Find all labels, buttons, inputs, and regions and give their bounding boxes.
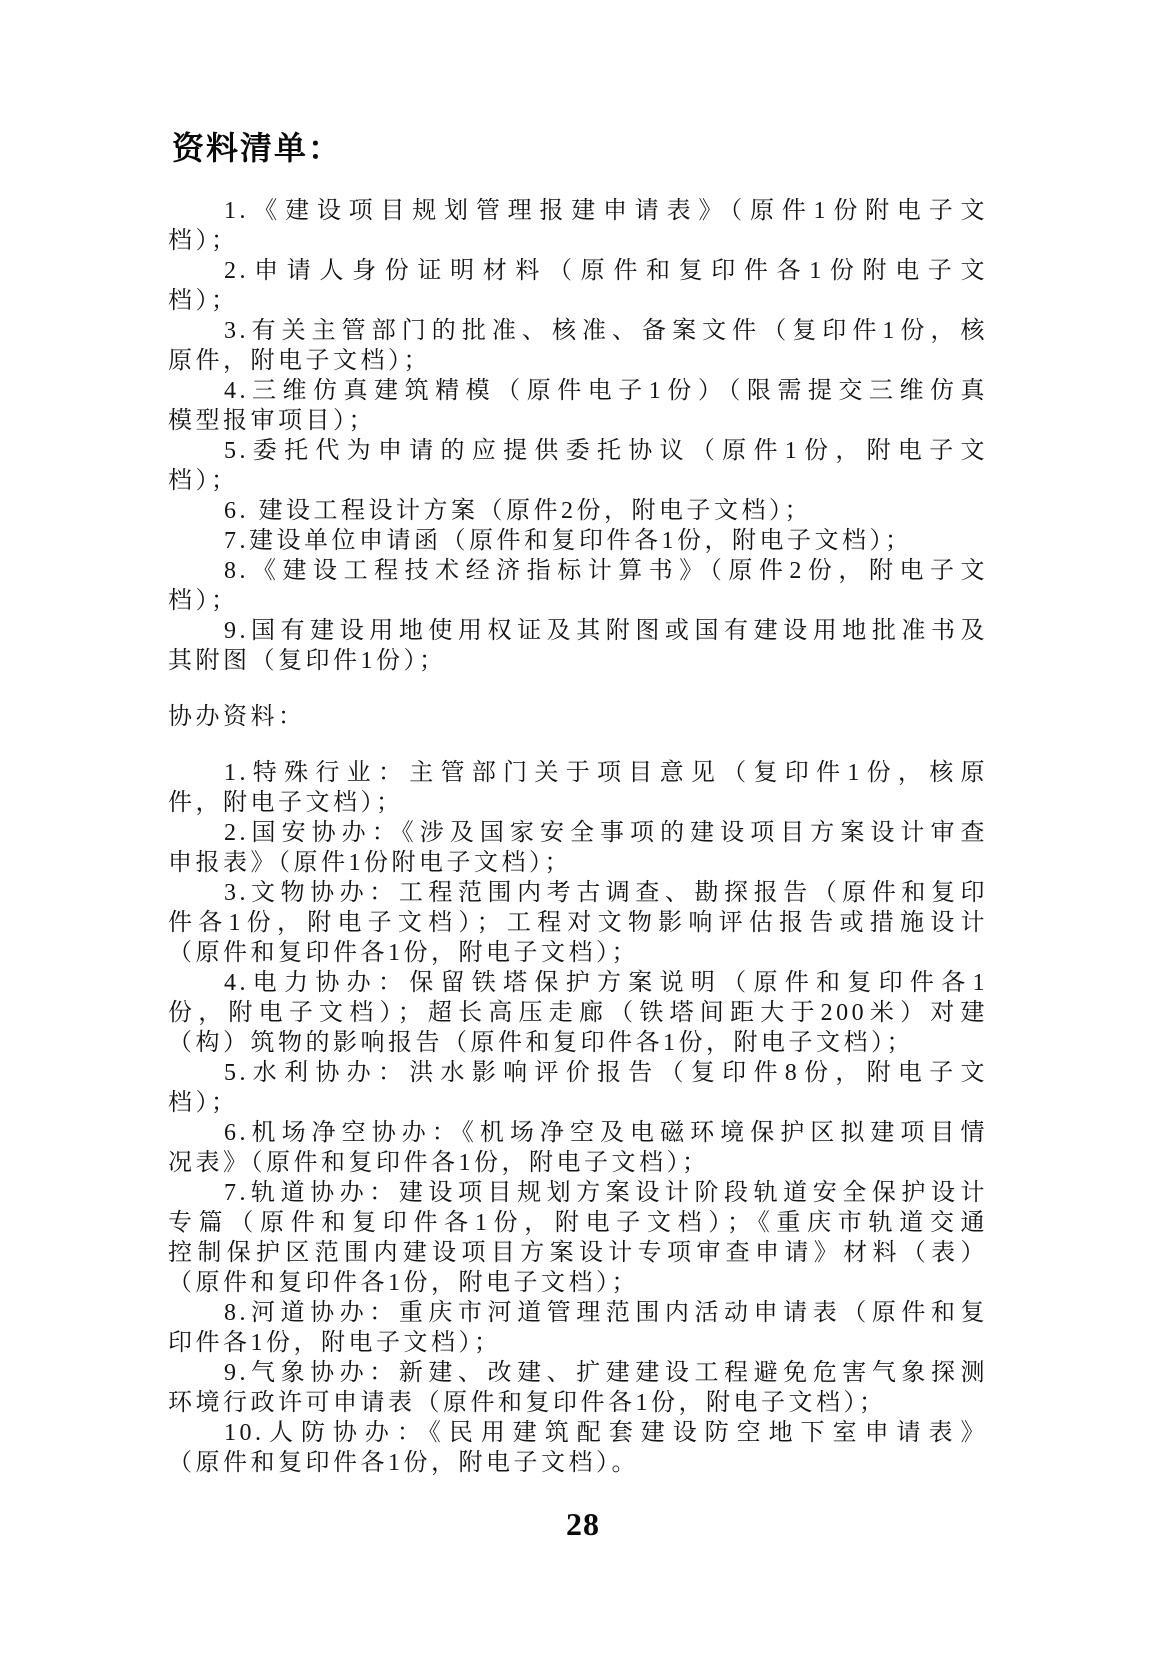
text-line: 印件各1份，附电子文档）； (168, 1328, 988, 1358)
text-line: 3.有关主管部门的批准、核准、备案文件（复印件1份，核 (168, 316, 988, 346)
text-line: 原件，附电子文档）； (168, 346, 988, 376)
text-line: 5.委托代为申请的应提供委托协议（原件1份，附电子文 (168, 436, 988, 466)
text-line: 1.《建设项目规划管理报建申请表》（原件1份附电子文 (168, 196, 988, 226)
text-line: 2.国安协办：《涉及国家安全事项的建设项目方案设计审查 (168, 818, 988, 848)
text-line: 5.水利协办：洪水影响评价报告（复印件8份，附电子文 (168, 1058, 988, 1088)
page-number: 28 (0, 1506, 1166, 1542)
text-line: 申报表》（原件1份附电子文档）； (168, 848, 988, 878)
text-line: 7.建设单位申请函（原件和复印件各1份，附电子文档）； (168, 526, 988, 556)
text-line: （原件和复印件各1份，附电子文档）； (168, 1268, 988, 1298)
text-line: 专篇（原件和复印件各1份，附电子文档）；《重庆市轨道交通 (168, 1208, 988, 1238)
text-line: 环境行政许可申请表（原件和复印件各1份，附电子文档）； (168, 1388, 988, 1418)
content-area: 资料清单： 1.《建设项目规划管理报建申请表》（原件1份附电子文档）；2.申请人… (168, 0, 988, 1478)
text-line: 8.《建设工程技术经济指标计算书》（原件2份，附电子文 (168, 556, 988, 586)
text-line: 件，附电子文档）； (168, 788, 988, 818)
text-line: 6.机场净空协办：《机场净空及电磁环境保护区拟建项目情 (168, 1118, 988, 1148)
text-line: 3.文物协办：工程范围内考古调查、勘探报告（原件和复印 (168, 878, 988, 908)
text-line: 档）； (168, 226, 988, 256)
text-line: 其附图（复印件1份）； (168, 646, 988, 676)
text-line: 9.气象协办：新建、改建、扩建建设工程避免危害气象探测 (168, 1358, 988, 1388)
text-line: 6. 建设工程设计方案（原件2份，附电子文档）； (168, 496, 988, 526)
document-title: 资料清单： (172, 130, 988, 166)
text-line: 10.人防协办：《民用建筑配套建设防空地下室申请表》 (168, 1418, 988, 1448)
text-line: 2.申请人身份证明材料（原件和复印件各1份附电子文 (168, 256, 988, 286)
text-line: 9.国有建设用地使用权证及其附图或国有建设用地批准书及 (168, 616, 988, 646)
text-line: 档）； (168, 466, 988, 496)
text-line: （构）筑物的影响报告（原件和复印件各1份，附电子文档）； (168, 1028, 988, 1058)
blank-line (168, 732, 988, 758)
text-line: 档）； (168, 1088, 988, 1118)
text-line: 份，附电子文档）；超长高压走廊（铁塔间距大于200米）对建 (168, 998, 988, 1028)
text-line: 7.轨道协办：建设项目规划方案设计阶段轨道安全保护设计 (168, 1178, 988, 1208)
text-line: 模型报审项目）； (168, 406, 988, 436)
text-line: （原件和复印件各1份，附电子文档）； (168, 938, 988, 968)
text-line: 1.特殊行业：主管部门关于项目意见（复印件1份，核原 (168, 758, 988, 788)
text-line: 4.三维仿真建筑精模（原件电子1份）（限需提交三维仿真 (168, 376, 988, 406)
text-line: 件各1份，附电子文档）；工程对文物影响评估报告或措施设计 (168, 908, 988, 938)
blank-line (168, 676, 988, 702)
text-line: 控制保护区范围内建设项目方案设计专项审查申请》材料（表） (168, 1238, 988, 1268)
text-line: 档）； (168, 286, 988, 316)
text-line: 4.电力协办：保留铁塔保护方案说明（原件和复印件各1 (168, 968, 988, 998)
body-text: 1.《建设项目规划管理报建申请表》（原件1份附电子文档）；2.申请人身份证明材料… (168, 196, 988, 1478)
section-heading: 协办资料： (168, 702, 988, 732)
text-line: 档）； (168, 586, 988, 616)
text-line: 8.河道协办：重庆市河道管理范围内活动申请表（原件和复 (168, 1298, 988, 1328)
text-line: 况表》（原件和复印件各1份，附电子文档）； (168, 1148, 988, 1178)
document-page: { "colors": { "text": "#141414", "paper"… (0, 0, 1166, 1654)
text-line: （原件和复印件各1份，附电子文档）。 (168, 1448, 988, 1478)
